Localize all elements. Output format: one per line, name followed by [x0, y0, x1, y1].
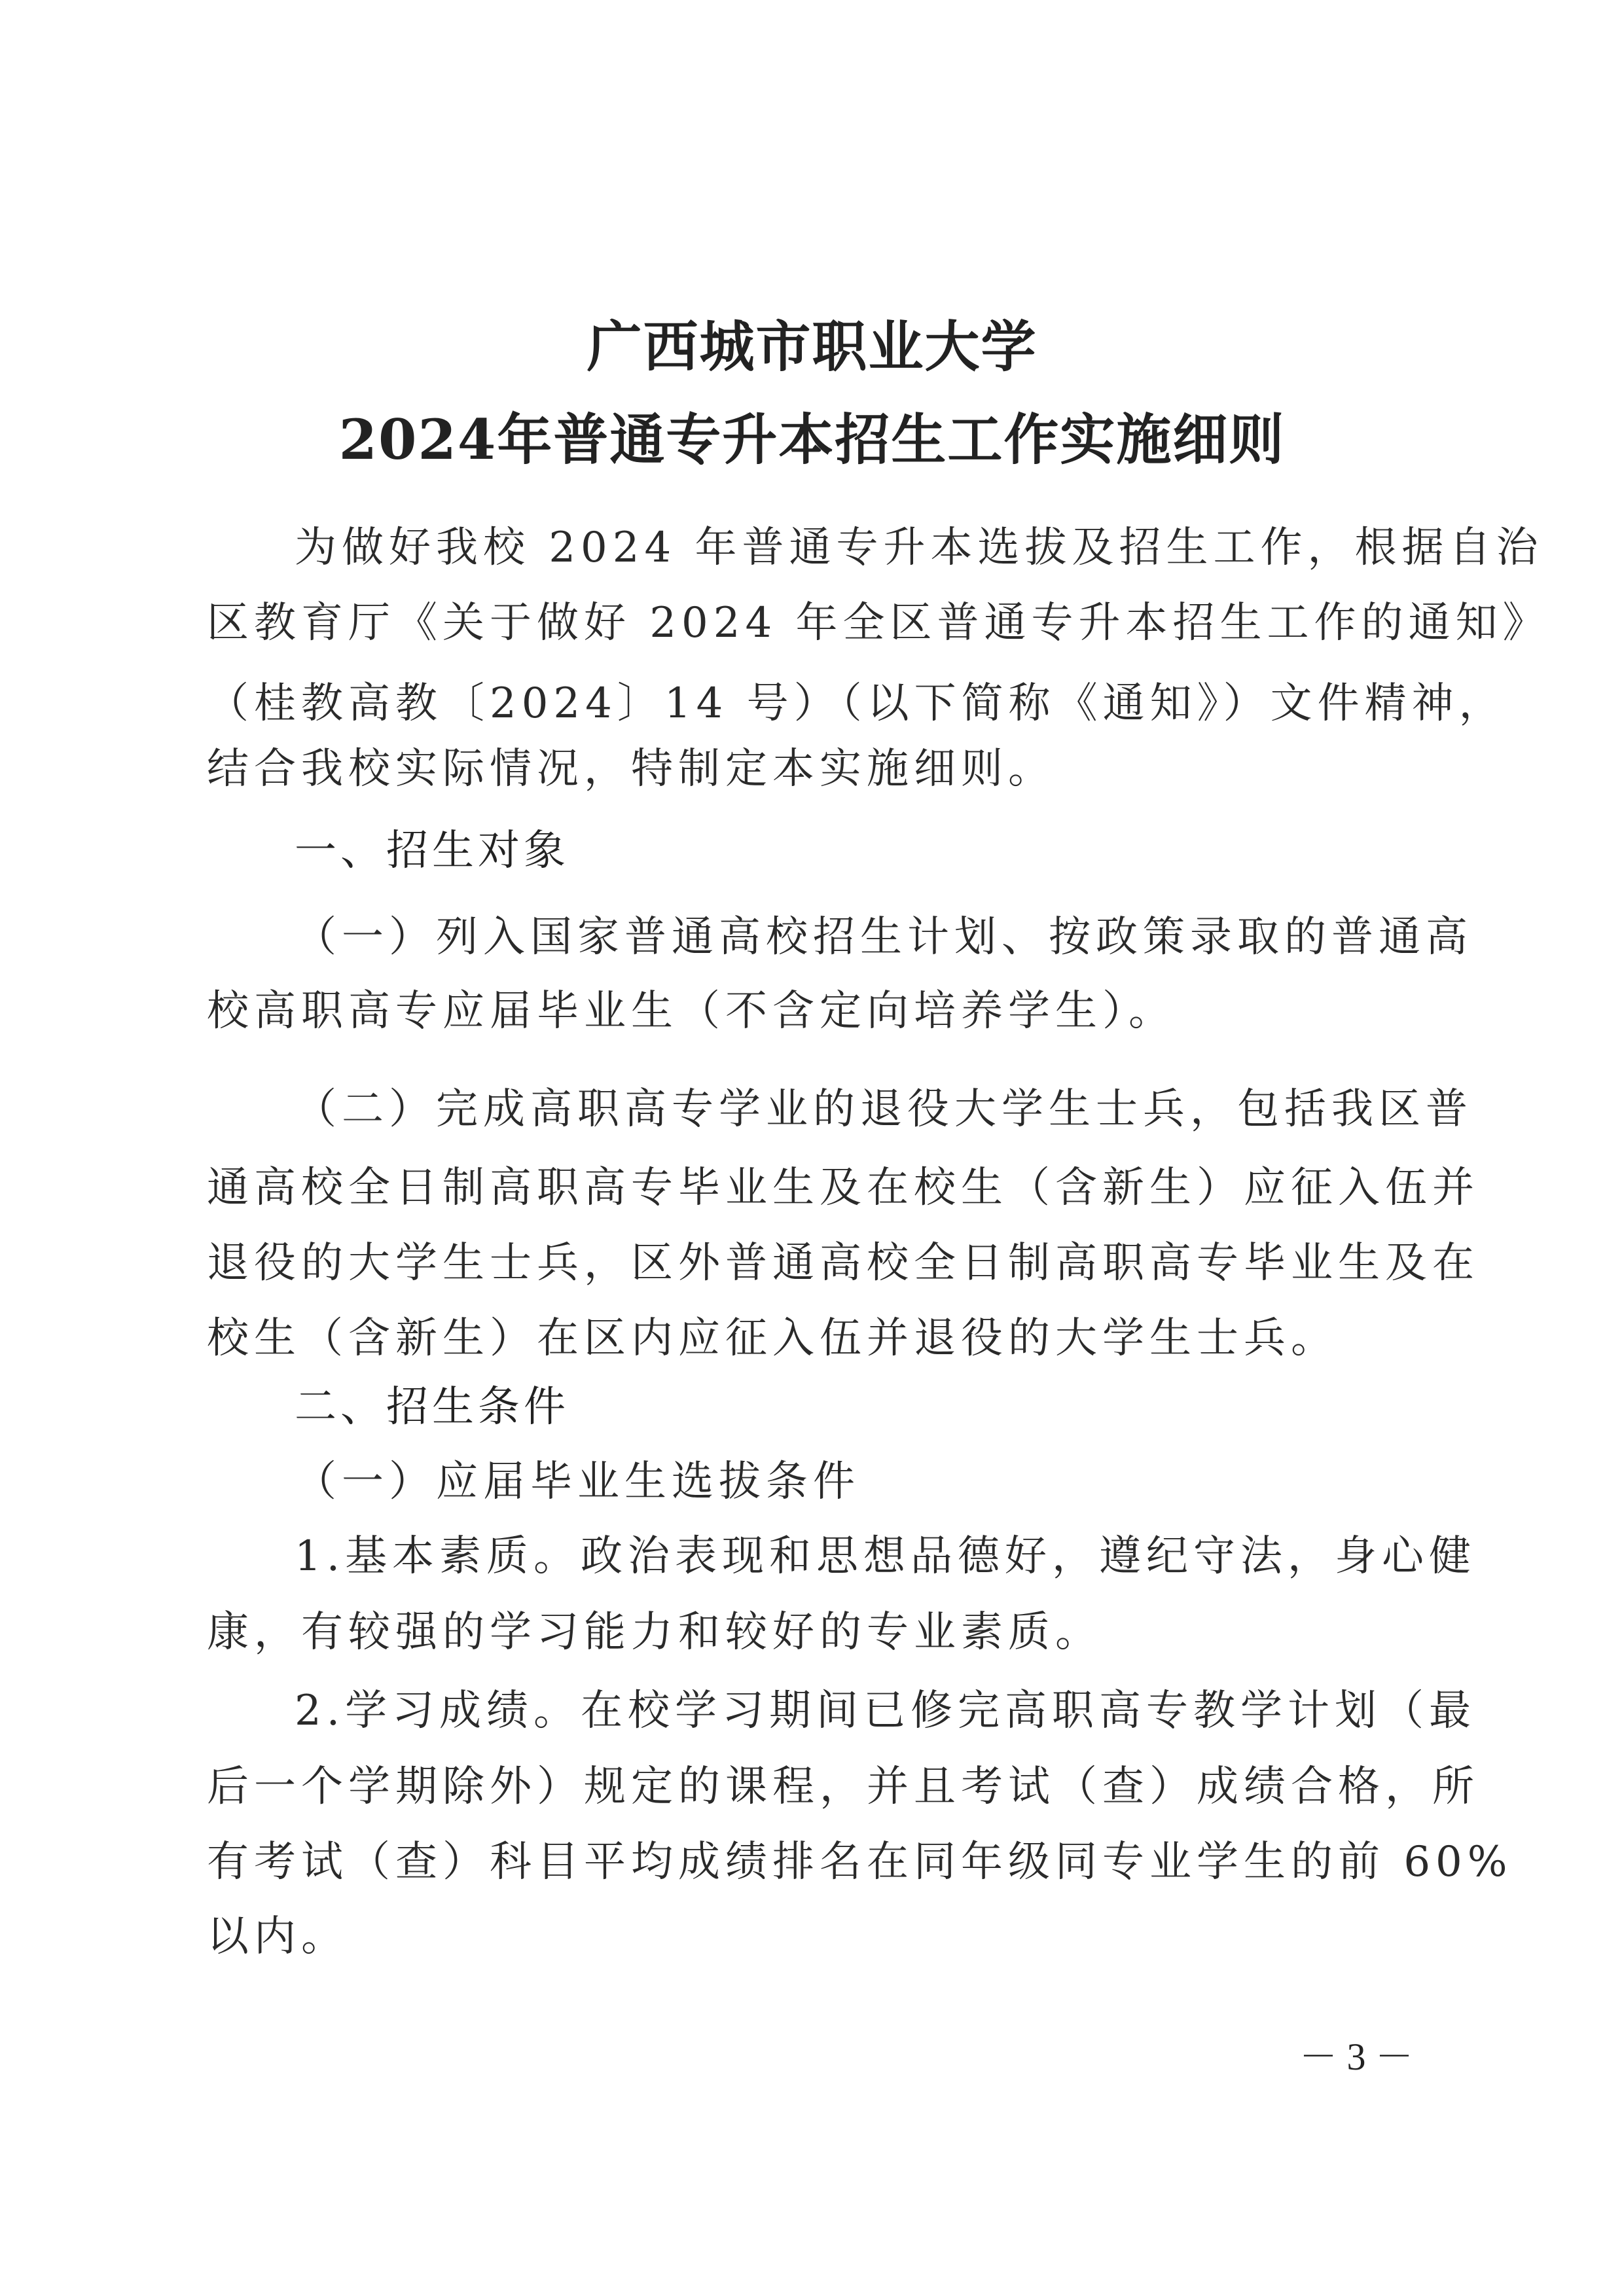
- intro-line-4: 结合我校实际情况，特制定本实施细则。: [207, 748, 1405, 790]
- section1-item2-line-3: 退役的大学生士兵，区外普通高校全日制高职高专毕业生及在: [207, 1242, 1405, 1284]
- section1-item1-line-2: 校高职高专应届毕业生（不含定向培养学生）。: [207, 990, 1405, 1032]
- document-title-line1: 广西城市职业大学: [0, 319, 1624, 374]
- section-heading-recruitment-conditions: 二、招生条件: [295, 1386, 569, 1428]
- section1-item2-line-4: 校生（含新生）在区内应征入伍并退役的大学生士兵。: [207, 1318, 1405, 1359]
- section1-item2-line-2: 通高校全日制高职高专毕业生及在校生（含新生）应征入伍并: [207, 1167, 1405, 1209]
- section2-point1-line-1: 1.基本素质。政治表现和思想品德好，遵纪守法，身心健: [295, 1535, 1405, 1577]
- document-title-line2: 2024年普通专升本招生工作实施细则: [0, 412, 1624, 467]
- intro-line-2: 区教育厅《关于做好 2024 年全区普通专升本招生工作的通知》: [207, 602, 1405, 644]
- section1-item2-line-1: （二）完成高职高专学业的退役大学生士兵，包括我区普: [295, 1088, 1405, 1130]
- document-page: 广西城市职业大学 2024年普通专升本招生工作实施细则 为做好我校 2024 年…: [0, 0, 1624, 2296]
- section2-point2-line-4: 以内。: [207, 1916, 1405, 1958]
- intro-line-3: （桂教高教〔2024〕14 号）（以下简称《通知》）文件精神，: [207, 683, 1405, 725]
- section2-point2-line-1: 2.学习成绩。在校学习期间已修完高职高专教学计划（最: [295, 1690, 1405, 1732]
- section2-point2-line-3: 有考试（查）科目平均成绩排名在同年级同专业学生的前 60%: [207, 1841, 1405, 1883]
- section2-point1-line-2: 康，有较强的学习能力和较好的专业素质。: [207, 1611, 1405, 1653]
- intro-line-1: 为做好我校 2024 年普通专升本选拔及招生工作，根据自治: [247, 527, 1405, 569]
- section2-subheading: （一）应届毕业生选拔条件: [295, 1461, 1405, 1503]
- section2-point2-line-2: 后一个学期除外）规定的课程，并且考试（查）成绩合格，所: [207, 1766, 1405, 1808]
- section1-item1-line-1: （一）列入国家普通高校招生计划、按政策录取的普通高: [295, 916, 1405, 958]
- page-number: － 3 －: [1299, 2026, 1413, 2081]
- section-heading-recruitment-target: 一、招生对象: [295, 830, 569, 872]
